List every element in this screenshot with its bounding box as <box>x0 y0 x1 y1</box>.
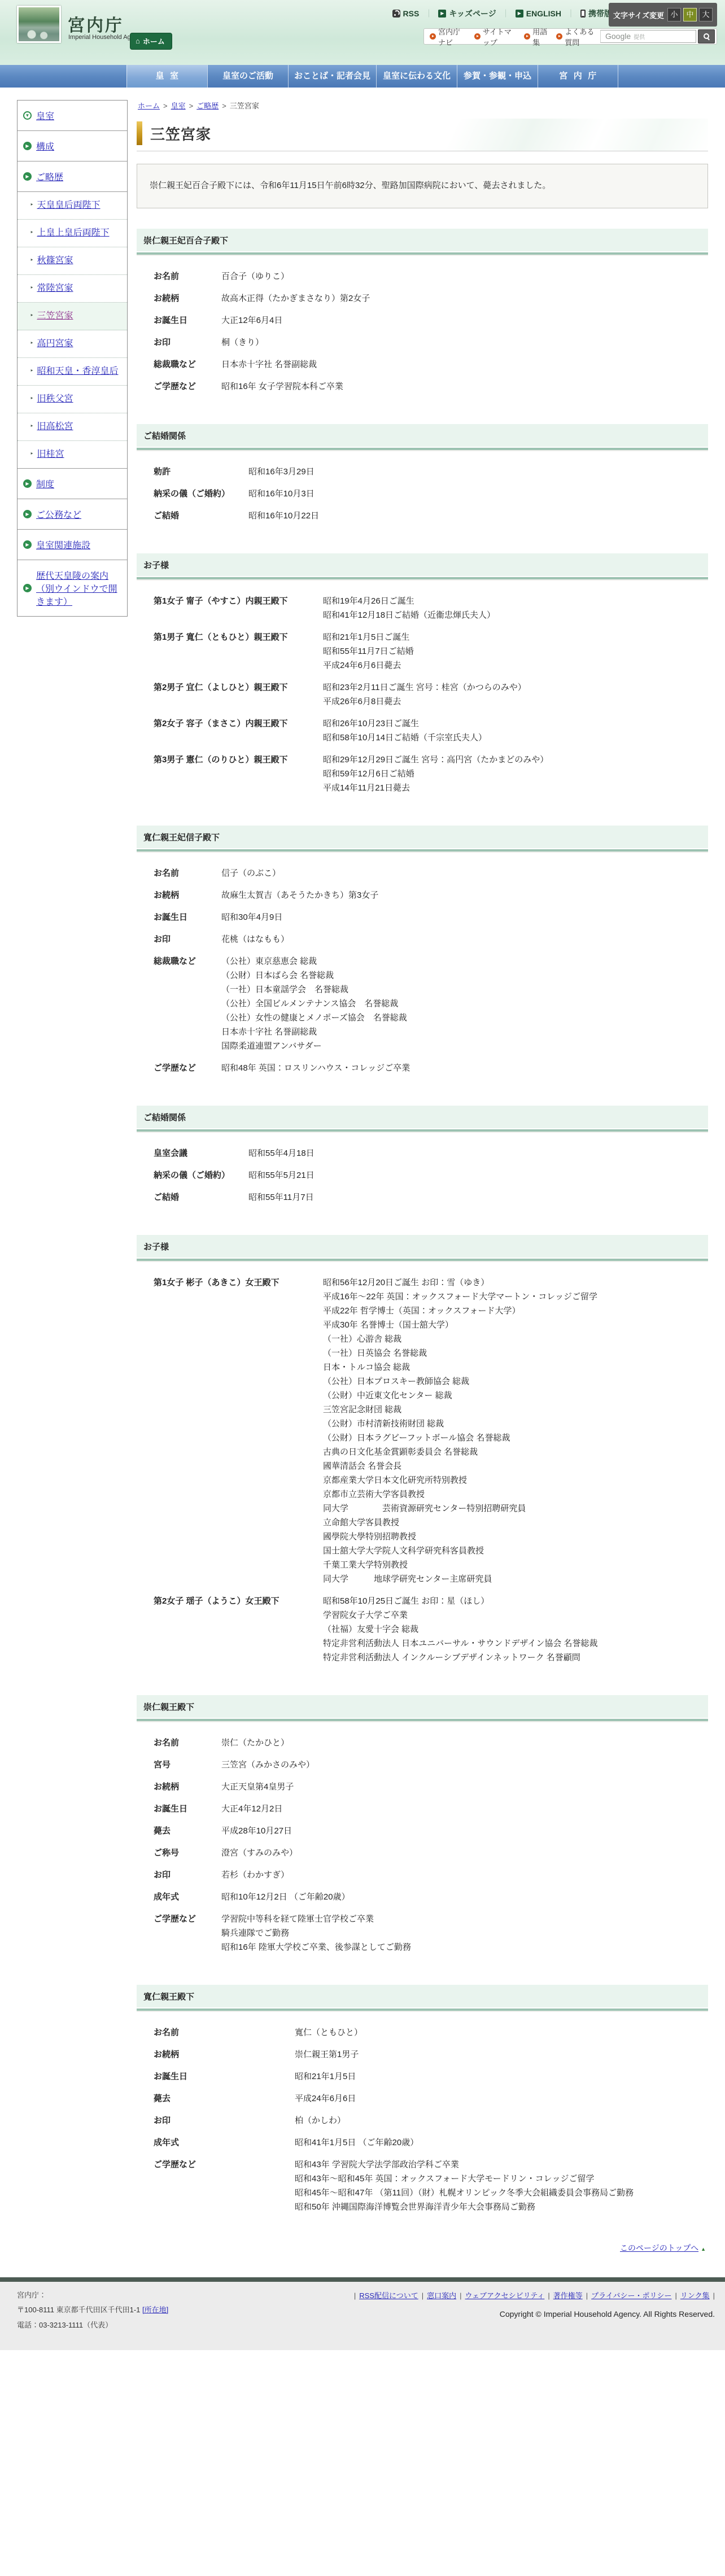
sidebar-subitem[interactable]: ‣天皇皇后両陛下 <box>18 192 127 220</box>
search-button[interactable] <box>698 29 715 43</box>
sidebar-menu: ▼皇室▶構成▶ご略歴‣天皇皇后両陛下‣上皇上皇后両陛下‣秋篠宮家‣常陸宮家‣三笠… <box>17 100 128 617</box>
sidebar-item[interactable]: ▶歴代天皇陵の案内（別ウインドウで開きます） <box>18 560 127 616</box>
field-label: 薨去 <box>154 2092 295 2106</box>
table-row: 薨去平成24年6月6日 <box>137 2092 708 2106</box>
orange-bullet-icon <box>524 33 530 40</box>
field-value: （公社）東京慈恵会 総裁（公財）日本ばら会 名誉総裁（一社）日本童謡学会 名誉総… <box>221 954 407 1053</box>
field-value-line: （公財）中近東文化センター 総裁 <box>323 1389 597 1403</box>
sidebar-link[interactable]: 歴代天皇陵の案内（別ウインドウで開きます） <box>36 569 121 608</box>
font-size-button[interactable]: 小 <box>667 8 681 21</box>
field-value-line: 昭和48年 英国：ロスリンハウス・コレッジご卒業 <box>221 1061 410 1075</box>
sidebar-sublink[interactable]: 高円宮家 <box>37 338 73 350</box>
field-value-line: 昭和50年 沖縄国際海洋博覧会世界海洋青少年大会事務局ご勤務 <box>295 2200 634 2214</box>
field-value-line: 立命館大学客員教授 <box>323 1516 597 1530</box>
section-body: 第1女子 甯子（やすこ）内親王殿下昭和19年4月26日ご誕生昭和41年12月18… <box>137 594 708 805</box>
field-value-line: 昭和19年4月26日ご誕生 <box>323 594 495 608</box>
field-value-line: 昭和43年～昭和45年 英国：オックスフォード大学モードリン・コレッジご留学 <box>295 2172 634 2186</box>
field-value: 昭和21年1月5日ご誕生昭和55年11月7日ご結婚平成24年6月6日薨去 <box>323 630 414 673</box>
sidebar-subitem[interactable]: ‣旧高松宮 <box>18 413 127 441</box>
play-icon: ▶ <box>516 10 523 18</box>
header-top-links: RSS｜▶キッズページ｜▶ENGLISH｜携帯版 <box>392 8 612 19</box>
field-value-line: 平成22年 哲学博士（英国：オックスフォード大学） <box>323 1304 597 1318</box>
section-body: お名前寬仁（ともひと）お続柄崇仁親王第1男子お誕生日昭和21年1月5日薨去平成2… <box>137 2025 708 2224</box>
sidebar-sublink[interactable]: 秋篠宮家 <box>37 255 73 267</box>
quick-link[interactable]: 宮内庁ナビ <box>430 26 468 47</box>
table-row: 第1女子 彬子（あきこ）女王殿下昭和56年12月20日ご誕生 お印：雪（ゆき）平… <box>137 1276 708 1586</box>
field-label: 第1男子 寬仁（ともひと）親王殿下 <box>154 630 323 673</box>
orange-bullet-icon <box>556 33 562 40</box>
divider: | <box>675 2291 676 2300</box>
table-row: 薨去平成28年10月27日 <box>137 1824 708 1838</box>
table-row: お続柄大正天皇第4皇男子 <box>137 1780 708 1794</box>
field-label: ご結婚 <box>154 1190 248 1204</box>
sidebar-item[interactable]: ▼皇室 <box>18 101 127 130</box>
nav-item[interactable]: 皇室 <box>126 65 207 88</box>
field-label: 宮号 <box>154 1758 221 1772</box>
field-value-line: 国士舘大学大学院人文科学研究科客員教授 <box>323 1544 597 1558</box>
table-row: お誕生日大正4年12月2日 <box>137 1802 708 1816</box>
section-body: お名前信子（のぶこ）お続柄故麻生太賀吉（あそうたかきち）第3女子お誕生日昭和30… <box>137 866 708 1085</box>
table-row: お誕生日昭和21年1月5日 <box>137 2069 708 2084</box>
breadcrumb: ホーム>皇室>ご略歴>三笠宮家 <box>138 100 708 111</box>
field-value: 崇仁（たかひと） <box>221 1736 289 1750</box>
field-label: お名前 <box>154 269 221 283</box>
field-value-line: 昭和55年11月7日 <box>248 1190 314 1204</box>
field-value-line: 昭和10年12月2日 （ご年齢20歳） <box>221 1890 350 1904</box>
field-value-line: 信子（のぶこ） <box>221 866 281 880</box>
agency-logo-photo <box>17 6 61 43</box>
field-value-line: 昭和21年1月5日 <box>295 2069 356 2084</box>
table-row: お続柄崇仁親王第1男子 <box>137 2047 708 2062</box>
field-value: 若杉（わかすぎ） <box>221 1868 289 1882</box>
quick-link-label: サイトマップ <box>483 26 517 47</box>
field-value-line: （社福）友愛十字会 総裁 <box>323 1622 598 1636</box>
sidebar-item[interactable]: ▶皇室関連施設 <box>18 529 127 560</box>
field-label: お続柄 <box>154 888 221 902</box>
field-value-line: 昭和30年4月9日 <box>221 910 282 924</box>
field-label: 第2女子 容子（まさこ）内親王殿下 <box>154 717 323 745</box>
nav-item[interactable]: 宮内庁 <box>538 65 618 88</box>
sidebar-subitem[interactable]: ‣三笠宮家 <box>18 303 127 330</box>
nav-item[interactable]: 参賀・参観・申込 <box>457 65 538 88</box>
circle-right-icon: ▶ <box>23 479 32 488</box>
section-header: 崇仁親王妃百合子殿下 <box>137 229 708 252</box>
section-header: 崇仁親王殿下 <box>137 1695 708 1719</box>
footer-address-block: 宮内庁： 〒100-8111 東京都千代田区千代田1-1 [所在地] 電話：03… <box>17 2290 168 2335</box>
notice-box: 崇仁親王妃百合子殿下には、令和6年11月15日午前6時32分、聖路加国際病院にお… <box>137 164 708 208</box>
breadcrumb-item[interactable]: ホーム <box>138 102 160 110</box>
font-size-button[interactable]: 大 <box>699 8 713 21</box>
footer-address-line: 〒100-8111 東京都千代田区千代田1-1 [所在地] <box>17 2304 168 2316</box>
field-value-line: 國學院大學特別招聘教授 <box>323 1530 597 1544</box>
font-size-button[interactable]: 中 <box>683 8 697 21</box>
sidebar-item[interactable]: ▶ご公務など <box>18 499 127 529</box>
field-label: お名前 <box>154 2025 295 2040</box>
orange-bullet-icon <box>474 33 481 40</box>
arrow-bullet-icon: ‣ <box>30 227 34 238</box>
agency-name: 宮内庁 <box>68 11 124 36</box>
field-label: お印 <box>154 2114 295 2128</box>
field-label: お名前 <box>154 1736 221 1750</box>
quick-link[interactable]: よくある質問 <box>556 26 600 47</box>
sidebar-sublink[interactable]: 昭和天皇・香淳皇后 <box>37 365 119 378</box>
field-value-line: （一社）日英協会 名誉総裁 <box>323 1346 597 1360</box>
field-label: 薨去 <box>154 1824 221 1838</box>
quick-link-label: 宮内庁ナビ <box>438 26 468 47</box>
field-value-line: 学習院中等科を経て陸軍士官学校ご卒業 <box>221 1912 411 1926</box>
field-value-line: 昭和21年1月5日ご誕生 <box>323 630 414 644</box>
nav-item[interactable]: おことば・記者会見 <box>288 65 376 88</box>
field-label: ご学歴など <box>154 2158 295 2214</box>
field-value: 昭和19年4月26日ご誕生昭和41年12月18日ご結婚（近衞忠煇氏夫人） <box>323 594 495 622</box>
field-value-line: 大正12年6月4日 <box>221 313 282 328</box>
sidebar-subitem[interactable]: ‣旧桂宮 <box>18 441 127 468</box>
field-value-line: （公財）市村清新技術財団 総裁 <box>323 1417 597 1431</box>
table-row: ご学歴など昭和48年 英国：ロスリンハウス・コレッジご卒業 <box>137 1061 708 1075</box>
field-label: お誕生日 <box>154 910 221 924</box>
field-value-line: 國華清話会 名誉会長 <box>323 1459 597 1473</box>
orange-bullet-icon <box>430 33 436 40</box>
field-value: 信子（のぶこ） <box>221 866 281 880</box>
field-value-line: 平成30年 名誉博士（国士舘大学） <box>323 1318 597 1332</box>
table-row: お名前信子（のぶこ） <box>137 866 708 880</box>
table-row: お誕生日昭和30年4月9日 <box>137 910 708 924</box>
field-value-line: 国際柔道連盟アンバサダー <box>221 1039 407 1053</box>
field-label: お誕生日 <box>154 313 221 328</box>
footer-link[interactable]: 窓口案内 <box>427 2291 456 2300</box>
sidebar-subitem[interactable]: ‣昭和天皇・香淳皇后 <box>18 358 127 386</box>
quick-link-label: よくある質問 <box>565 26 600 47</box>
footer-link[interactable]: RSS配信について <box>359 2291 418 2300</box>
field-value-line: 崇仁親王第1男子 <box>295 2047 359 2062</box>
field-value-line: 平成28年10月27日 <box>221 1824 292 1838</box>
nav-item[interactable]: 皇室のご活動 <box>207 65 288 88</box>
quick-link[interactable]: 用語集 <box>524 26 549 47</box>
sidebar-sublink[interactable]: 天皇皇后両陛下 <box>37 199 101 212</box>
sidebar-link[interactable]: 皇室関連施設 <box>36 538 90 551</box>
field-value-line: 花桃（はなもも） <box>221 932 289 946</box>
field-value-line: 同大学 地球学研究センター主席研究員 <box>323 1572 597 1586</box>
footer-link[interactable]: リンク集 <box>680 2291 710 2300</box>
arrow-bullet-icon: ‣ <box>30 255 34 266</box>
sidebar-sublink[interactable]: 旧秩父宮 <box>37 393 73 405</box>
main-nav: 皇室皇室のご活動おことば・記者会見皇室に伝わる文化参賀・参観・申込宮内庁 <box>0 65 725 88</box>
home-button[interactable]: ⌂ ホーム <box>130 33 172 50</box>
arrow-bullet-icon: ‣ <box>30 199 34 211</box>
field-value-line: 昭和41年12月18日ご結婚（近衞忠煇氏夫人） <box>323 608 495 622</box>
field-value: 故麻生太賀吉（あそうたかきち）第3女子 <box>221 888 378 902</box>
field-value-line: 若杉（わかすぎ） <box>221 1868 289 1882</box>
arrow-bullet-icon: ‣ <box>30 393 34 404</box>
circle-right-icon: ▶ <box>23 510 32 518</box>
field-value-line: 昭和56年12月20日ご誕生 お印：雪（ゆき） <box>323 1276 597 1290</box>
circle-right-icon: ▶ <box>23 142 32 150</box>
field-value-line: 平成14年11月21日薨去 <box>323 781 548 795</box>
sidebar-sublink[interactable]: 三笠宮家 <box>37 310 73 322</box>
field-value-line: 昭和55年5月21日 <box>248 1168 315 1182</box>
breadcrumb-item[interactable]: ご略歴 <box>196 102 219 110</box>
field-value: 昭和43年 学習院大学法学部政治学科ご卒業昭和43年～昭和45年 英国：オックス… <box>295 2158 634 2214</box>
field-value-line: 平成24年6月6日薨去 <box>323 658 414 673</box>
breadcrumb-item[interactable]: 皇室 <box>171 102 186 110</box>
section-header: お子様 <box>137 1235 708 1259</box>
field-label: お続柄 <box>154 291 221 305</box>
sidebar-link[interactable]: 構成 <box>36 139 54 152</box>
top-link[interactable]: 携帯版 <box>580 8 612 19</box>
bottom-spacer <box>0 2350 725 2576</box>
content: ▼皇室▶構成▶ご略歴‣天皇皇后両陛下‣上皇上皇后両陛下‣秋篠宮家‣常陸宮家‣三笠… <box>0 88 725 2277</box>
table-row: お名前崇仁（たかひと） <box>137 1736 708 1750</box>
section-body: お名前崇仁（たかひと）宮号三笠宮（みかさのみや）お続柄大正天皇第4皇男子お誕生日… <box>137 1736 708 1964</box>
sidebar-item[interactable]: ▶ご略歴 <box>18 161 127 191</box>
table-row: 第2男子 宜仁（よしひと）親王殿下昭和23年2月11日ご誕生 宮号：桂宮（かつら… <box>137 680 708 709</box>
arrow-bullet-icon: ‣ <box>30 421 34 432</box>
table-row: 第2女子 容子（まさこ）内親王殿下昭和26年10月23日ご誕生昭和58年10月1… <box>137 717 708 745</box>
field-value-line: （公財）日本ラグビーフットボール協会 名誉総裁 <box>323 1431 597 1445</box>
quick-links: 宮内庁ナビサイトマップ用語集よくある質問 <box>430 26 600 47</box>
field-label: 皇室会議 <box>154 1146 248 1160</box>
field-label: 総裁職など <box>154 954 221 1053</box>
field-label: お誕生日 <box>154 1802 221 1816</box>
table-row: 宮号三笠宮（みかさのみや） <box>137 1758 708 1772</box>
arrow-bullet-icon: ‣ <box>30 338 34 349</box>
circle-right-icon: ▶ <box>23 172 32 181</box>
circle-right-icon: ▶ <box>23 584 32 592</box>
field-value-line: 平成24年6月6日 <box>295 2092 356 2106</box>
nav-item[interactable]: 皇室に伝わる文化 <box>376 65 457 88</box>
table-row: 第1女子 甯子（やすこ）内親王殿下昭和19年4月26日ご誕生昭和41年12月18… <box>137 594 708 622</box>
sidebar-subitem[interactable]: ‣上皇上皇后両陛下 <box>18 220 127 247</box>
field-value-line: 三笠宮記念財団 総裁 <box>323 1403 597 1417</box>
sidebar-subitem[interactable]: ‣常陸宮家 <box>18 275 127 303</box>
table-row: お続柄故高木正得（たかぎまさなり）第2女子 <box>137 291 708 305</box>
arrow-bullet-icon: ‣ <box>30 282 34 294</box>
circle-down-icon: ▼ <box>23 111 32 120</box>
footer-phone: 電話：03-3213-1111（代表） <box>17 2320 168 2331</box>
play-icon: ▶ <box>438 10 446 18</box>
field-value-line: 昭和59年12月6日ご結婚 <box>323 767 548 781</box>
divider: ｜ <box>425 8 433 19</box>
field-value: 昭和29年12月29日ご誕生 宮号：高円宮（たかまどのみや）昭和59年12月6日… <box>323 753 548 795</box>
breadcrumb-separator: > <box>189 102 194 110</box>
field-label: 成年式 <box>154 2136 295 2150</box>
table-row: 第1男子 寬仁（ともひと）親王殿下昭和21年1月5日ご誕生昭和55年11月7日ご… <box>137 630 708 673</box>
field-label: お続柄 <box>154 2047 295 2062</box>
field-value-line: （公社）日本プロスキー教師協会 総裁 <box>323 1374 597 1389</box>
field-value: 昭和16年10月22日 <box>248 509 319 523</box>
field-value-line: 特定非営利活動法人 日本ユニバーサル・サウンドデザイン協会 名誉総裁 <box>323 1636 598 1651</box>
field-value-line: 澄宮（すみのみや） <box>221 1846 298 1860</box>
page-top-link[interactable]: このページのトップへ <box>620 2243 698 2252</box>
field-value: 昭和16年 女子学習院本科ご卒業 <box>221 379 343 394</box>
search-bar: 宮内庁ナビサイトマップ用語集よくある質問 Google 提供 <box>423 28 717 45</box>
home-icon: ⌂ <box>136 37 140 45</box>
field-value-line: 日本赤十字社 名誉副総裁 <box>221 1025 407 1039</box>
field-value: 三笠宮（みかさのみや） <box>221 1758 315 1772</box>
table-row: 納采の儀（ご婚約）昭和16年10月3日 <box>137 487 708 501</box>
top-link-label: ENGLISH <box>526 9 561 18</box>
field-value-line: 柏（かしわ） <box>295 2114 346 2128</box>
field-value: 柏（かしわ） <box>295 2114 346 2128</box>
top-link[interactable]: ▶キッズページ <box>438 8 496 19</box>
home-button-label: ホーム <box>143 36 165 46</box>
top-link-label: キッズページ <box>449 8 496 19</box>
footer-agency: 宮内庁： <box>17 2290 168 2301</box>
field-value-line: 昭和29年12月29日ご誕生 宮号：高円宮（たかまどのみや） <box>323 753 548 767</box>
field-value-line: 昭和45年～昭和47年 （第11回）（財）札幌オリンピック冬季大会組織委員会事務… <box>295 2186 634 2200</box>
sidebar-item[interactable]: ▶構成 <box>18 130 127 161</box>
field-label: ご結婚 <box>154 509 248 523</box>
field-value-line: 学習院女子大学ご卒業 <box>323 1608 598 1622</box>
field-label: 勅許 <box>154 465 248 479</box>
footer-link[interactable]: 著作権等 <box>553 2291 583 2300</box>
table-row: 勅許昭和16年3月29日 <box>137 465 708 479</box>
sidebar-link[interactable]: 皇室 <box>36 109 54 122</box>
sidebar-link[interactable]: ご公務など <box>36 508 81 521</box>
field-label: お印 <box>154 335 221 350</box>
field-label: 総裁職など <box>154 357 221 372</box>
search-provider-label: Google <box>605 32 631 41</box>
table-row: 皇室会議昭和55年4月18日 <box>137 1146 708 1160</box>
field-value: 大正天皇第4皇男子 <box>221 1780 294 1794</box>
field-label: 第2男子 宜仁（よしひと）親王殿下 <box>154 680 323 709</box>
search-input[interactable]: Google 提供 <box>600 30 696 43</box>
table-row: お誕生日大正12年6月4日 <box>137 313 708 328</box>
field-value: 昭和58年10月25日ご誕生 お印：星（ほし）学習院女子大学ご卒業（社福）友愛十… <box>323 1594 598 1665</box>
arrow-bullet-icon: ‣ <box>30 448 34 460</box>
footer-address: 〒100-8111 東京都千代田区千代田1-1 <box>17 2306 140 2314</box>
table-row: お名前百合子（ゆりこ） <box>137 269 708 283</box>
field-value: 昭和55年5月21日 <box>248 1168 315 1182</box>
field-value-line: （公社）女性の健康とメノポーズ協会 名誉総裁 <box>221 1011 407 1025</box>
table-row: 第2女子 瑶子（ようこ）女王殿下昭和58年10月25日ご誕生 お印：星（ほし）学… <box>137 1594 708 1665</box>
field-value: 大正12年6月4日 <box>221 313 282 328</box>
field-label: 第1女子 彬子（あきこ）女王殿下 <box>154 1276 323 1586</box>
sidebar-item[interactable]: ▶制度 <box>18 468 127 499</box>
field-value: 昭和16年10月3日 <box>248 487 315 501</box>
breadcrumb-separator: > <box>163 102 168 110</box>
field-label: 成年式 <box>154 1890 221 1904</box>
field-value-line: 昭和58年10月14日ご結婚（千宗室氏夫人） <box>323 731 487 745</box>
rss-icon <box>392 10 400 18</box>
field-value-line: （一社）心游舎 総裁 <box>323 1332 597 1346</box>
divider: | <box>460 2291 461 2300</box>
field-value: 昭和16年3月29日 <box>248 465 315 479</box>
quick-link[interactable]: サイトマップ <box>474 26 517 47</box>
field-value: 故高木正得（たかぎまさなり）第2女子 <box>221 291 370 305</box>
section-header: ご結婚関係 <box>137 424 708 448</box>
field-value-line: 平成16年～22年 英国：オックスフォード大学マートン・コレッジご留学 <box>323 1290 597 1304</box>
main-column: ホーム>皇室>ご略歴>三笠宮家 三笠宮家 崇仁親王妃百合子殿下には、令和6年11… <box>137 100 708 2277</box>
divider: ｜ <box>567 8 575 19</box>
section-body: 皇室会議昭和55年4月18日納采の儀（ご婚約）昭和55年5月21日ご結婚昭和55… <box>137 1146 708 1215</box>
sidebar-submenu: ‣天皇皇后両陛下‣上皇上皇后両陛下‣秋篠宮家‣常陸宮家‣三笠宮家‣高円宮家‣昭和… <box>18 191 127 468</box>
field-value-line: 昭和16年 女子学習院本科ご卒業 <box>221 379 343 394</box>
field-value: 桐（きり） <box>221 335 264 350</box>
table-row: 総裁職など（公社）東京慈恵会 総裁（公財）日本ばら会 名誉総裁（一社）日本童謡学… <box>137 954 708 1053</box>
font-size-buttons: 小中大 <box>667 8 713 21</box>
field-label: お誕生日 <box>154 2069 295 2084</box>
footer-location-link[interactable]: [所在地] <box>142 2306 168 2314</box>
section-header: 寬仁親王妃信子殿下 <box>137 826 708 849</box>
top-link[interactable]: RSS <box>392 9 420 18</box>
field-value-line: 昭和23年2月11日ご誕生 宮号：桂宮（かつらのみや） <box>323 680 526 695</box>
sidebar-subitem[interactable]: ‣旧秩父宮 <box>18 386 127 413</box>
field-value-line: 崇仁（たかひと） <box>221 1736 289 1750</box>
field-value: 昭和30年4月9日 <box>221 910 282 924</box>
field-value-line: 昭和16年10月22日 <box>248 509 319 523</box>
field-value-line: 寬仁（ともひと） <box>295 2025 362 2040</box>
footer-link[interactable]: プライバシー・ポリシー <box>591 2291 671 2300</box>
top-link[interactable]: ▶ENGLISH <box>516 9 561 18</box>
field-value: 寬仁（ともひと） <box>295 2025 362 2040</box>
sidebar-subitem[interactable]: ‣秋篠宮家 <box>18 247 127 275</box>
field-value-line: 平成26年6月8日薨去 <box>323 695 526 709</box>
field-value-line: 故麻生太賀吉（あそうたかきち）第3女子 <box>221 888 378 902</box>
field-value-line: 昭和16年 陸軍大学校ご卒業、後参謀としてご勤務 <box>221 1940 411 1954</box>
sidebar-link[interactable]: 制度 <box>36 477 54 490</box>
field-value: 昭和21年1月5日 <box>295 2069 356 2084</box>
footer-link[interactable]: ウェブアクセシビリティ <box>465 2291 545 2300</box>
table-row: 第3男子 憲仁（のりひと）親王殿下昭和29年12月29日ご誕生 宮号：高円宮（た… <box>137 753 708 795</box>
title-accent-bar <box>137 121 142 145</box>
sidebar-sublink[interactable]: 常陸宮家 <box>37 282 73 295</box>
field-label: ご学歴など <box>154 1912 221 1954</box>
table-row: 総裁職など日本赤十字社 名誉副総裁 <box>137 357 708 372</box>
field-label: 納采の儀（ご婚約） <box>154 1168 248 1182</box>
section-body: 第1女子 彬子（あきこ）女王殿下昭和56年12月20日ご誕生 お印：雪（ゆき）平… <box>137 1276 708 1675</box>
copyright: Copyright © Imperial Household Agency. A… <box>354 2309 715 2319</box>
field-value: 昭和23年2月11日ご誕生 宮号：桂宮（かつらのみや）平成26年6月8日薨去 <box>323 680 526 709</box>
field-value: 平成28年10月27日 <box>221 1824 292 1838</box>
circle-right-icon: ▶ <box>23 540 32 549</box>
table-row: ご結婚昭和55年11月7日 <box>137 1190 708 1204</box>
table-row: 成年式昭和41年1月5日 （ご年齢20歳） <box>137 2136 708 2150</box>
table-row: 納采の儀（ご婚約）昭和55年5月21日 <box>137 1168 708 1182</box>
field-value: 崇仁親王第1男子 <box>295 2047 359 2062</box>
footer-links-block: |RSS配信について|窓口案内|ウェブアクセシビリティ|著作権等|プライバシー・… <box>354 2290 715 2335</box>
field-value-line: 昭和55年4月18日 <box>248 1146 315 1160</box>
field-value-line: 三笠宮（みかさのみや） <box>221 1758 315 1772</box>
field-value-line: 千葉工業大学特別教授 <box>323 1558 597 1572</box>
table-row: お印若杉（わかすぎ） <box>137 1868 708 1882</box>
field-label: 納采の儀（ご婚約） <box>154 487 248 501</box>
sidebar-sublink[interactable]: 旧桂宮 <box>37 448 64 461</box>
sidebar-link[interactable]: ご略歴 <box>36 170 63 183</box>
field-value-line: 京都産業大学日本文化研究所特別教授 <box>323 1473 597 1487</box>
sidebar-subitem[interactable]: ‣高円宮家 <box>18 330 127 358</box>
title-block: 三笠宮家 <box>137 119 708 151</box>
field-value-line: 昭和16年3月29日 <box>248 465 315 479</box>
field-value-line: 日本・トルコ協会 総裁 <box>323 1360 597 1374</box>
field-value-line: 騎兵連隊でご勤務 <box>221 1926 411 1940</box>
breadcrumb-separator: > <box>222 102 226 110</box>
table-row: お続柄故麻生太賀吉（あそうたかきち）第3女子 <box>137 888 708 902</box>
field-value-line: （一社）日本童謡学会 名誉総裁 <box>221 983 407 997</box>
table-row: お名前寬仁（ともひと） <box>137 2025 708 2040</box>
sidebar-sublink[interactable]: 旧高松宮 <box>37 421 73 433</box>
field-value-line: （公社）全国ビルメンテナンス協会 名誉総裁 <box>221 997 407 1011</box>
field-value-line: 百合子（ゆりこ） <box>221 269 289 283</box>
field-value: 大正4年12月2日 <box>221 1802 282 1816</box>
field-value: 昭和10年12月2日 （ご年齢20歳） <box>221 1890 350 1904</box>
divider: | <box>586 2291 588 2300</box>
sidebar-sublink[interactable]: 上皇上皇后両陛下 <box>37 227 110 239</box>
up-triangle-icon: ▲ <box>701 2246 706 2252</box>
field-label: 第3男子 憲仁（のりひと）親王殿下 <box>154 753 323 795</box>
divider: | <box>354 2291 356 2300</box>
divider: | <box>422 2291 423 2300</box>
